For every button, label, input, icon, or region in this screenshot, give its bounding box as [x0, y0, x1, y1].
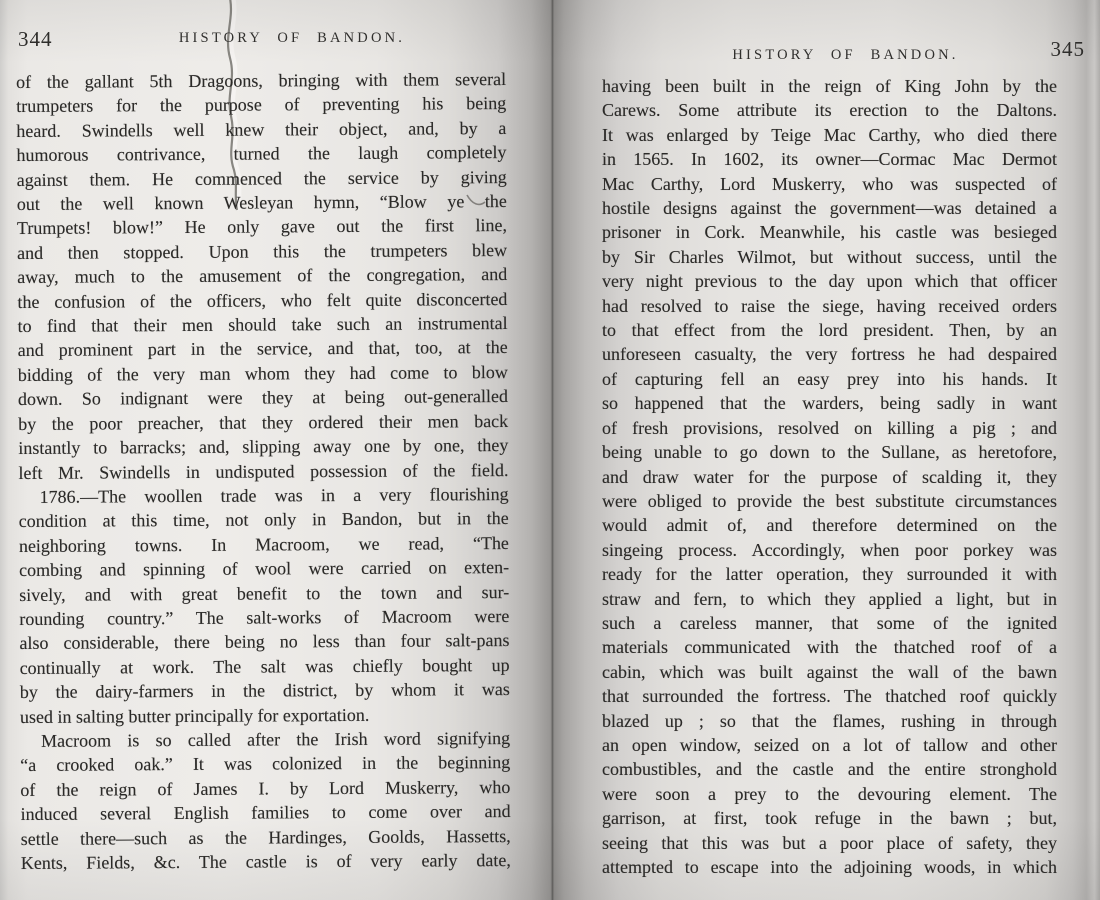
text-line: used in salting butter principally for e…: [20, 702, 510, 729]
text-line: and draw water for the purpose of scaldi…: [602, 465, 1057, 489]
text-line: settle there—such as the Hardinges, Gool…: [21, 824, 511, 851]
text-line: Carews. Some attribute its erection to t…: [602, 98, 1057, 122]
text-line: an open window, seized on a lot of tallo…: [602, 733, 1057, 757]
text-line: to find that their men should take such …: [17, 311, 507, 338]
text-line: singeing process. Accordingly, when poor…: [602, 538, 1057, 562]
text-line: such a careless manner, that some of the…: [602, 611, 1057, 635]
running-title-right: HISTORY OF BANDON.: [602, 47, 1089, 64]
text-line: Kents, Fields, &c. The castle is of very…: [21, 848, 511, 875]
text-line: condition at this time, not only in Band…: [19, 506, 509, 533]
text-line: heard. Swindells well knew their object,…: [16, 116, 506, 143]
text-line: would admit of, and therefore determined…: [602, 513, 1057, 537]
text-line: to that effect from the lord president. …: [602, 318, 1057, 342]
text-line: so happened that the warders, being sadl…: [602, 391, 1057, 415]
text-line: combing and spinning of wool were carrie…: [19, 555, 509, 582]
text-line: continually at work. The salt was chiefl…: [20, 653, 510, 680]
text-line: by the dairy-farmers in the district, by…: [20, 677, 510, 704]
right-page-header: HISTORY OF BANDON. 345: [602, 44, 1057, 74]
text-line: materials communicated with the thatched…: [602, 635, 1057, 659]
book-scan: 344 HISTORY OF BANDON. HISTORY OF BANDON…: [0, 0, 1100, 900]
text-line: trumpeters for the purpose of preventing…: [16, 91, 506, 118]
text-line: attempted to escape into the adjoining w…: [602, 855, 1057, 879]
text-line: the confusion of the officers, who felt …: [17, 287, 507, 314]
text-line: and prominent part in the service, and t…: [18, 335, 508, 362]
right-page-number: 345: [1051, 37, 1086, 62]
text-line: Macroom is so called after the Irish wor…: [20, 726, 510, 753]
running-title-left: HISTORY OF BANDON.: [16, 30, 568, 47]
left-page-header: 344 HISTORY OF BANDON.: [16, 27, 506, 57]
text-line: had resolved to raise the siege, having …: [602, 294, 1057, 318]
text-line: left Mr. Swindells in undisputed possess…: [18, 457, 508, 484]
text-line: neighboring towns. In Macroom, we read, …: [19, 531, 509, 558]
text-line: by the poor preacher, that they ordered …: [18, 409, 508, 436]
text-line: hostile designs against the government—w…: [602, 196, 1057, 220]
text-line: instantly to barracks; and, slipping awa…: [18, 433, 508, 460]
text-line: and then stopped. Upon this the trumpete…: [17, 238, 507, 265]
text-line: were soon a prey to the devouring elemen…: [602, 782, 1057, 806]
text-line: “a crooked oak.” It was colonized in the…: [20, 750, 510, 777]
text-line: It was enlarged by Teige Mac Carthy, who…: [602, 123, 1057, 147]
text-line: that surrounded the fortress. The thatch…: [602, 684, 1057, 708]
text-line: away, much to the amusement of the congr…: [17, 262, 507, 289]
text-line: of capturing fell an easy prey into his …: [602, 367, 1057, 391]
text-line: out the well known Wesleyan hymn, “Blow …: [17, 189, 507, 216]
text-line: down. So indignant were they at being ou…: [18, 384, 508, 411]
text-line: being unable to go down to the Sullane, …: [602, 440, 1057, 464]
text-line: bidding of the very man whom they had co…: [18, 360, 508, 387]
text-line: induced several English families to come…: [20, 799, 510, 826]
text-line: rounding country.” The salt-works of Mac…: [19, 604, 509, 631]
text-line: unforeseen casualty, the very fortress h…: [602, 342, 1057, 366]
text-line: against them. He commenced the service b…: [17, 165, 507, 192]
text-line: blazed up ; so that the flames, rushing …: [602, 709, 1057, 733]
right-page-text: having been built in the reign of King J…: [602, 74, 1057, 879]
text-line: prisoner in Cork. Meanwhile, his castle …: [602, 220, 1057, 244]
text-line: cabin, which was built against the wall …: [602, 660, 1057, 684]
text-line: in 1565. In 1602, its owner—Cormac Mac D…: [602, 147, 1057, 171]
text-line: also considerable, there being no less t…: [19, 628, 509, 655]
text-line: sively, and with great benefit to the to…: [19, 580, 509, 607]
book-gutter-shadow: [551, 0, 554, 900]
text-line: combustibles, and the castle and the ent…: [602, 757, 1057, 781]
text-line: were obliged to provide the best substit…: [602, 489, 1057, 513]
text-line: Mac Carthy, Lord Muskerry, who was suspe…: [602, 172, 1057, 196]
text-line: very night previous to the day upon whic…: [602, 269, 1057, 293]
text-line: of the gallant 5th Dragoons, bringing wi…: [16, 67, 506, 94]
text-line: by Sir Charles Wilmot, but without succe…: [602, 245, 1057, 269]
text-line: of fresh provisions, resolved on killing…: [602, 416, 1057, 440]
text-line: humorous contrivance, turned the laugh c…: [16, 140, 506, 167]
text-line: 1786.—The woollen trade was in a very fl…: [19, 482, 509, 509]
text-line: seeing that this was but a poor place of…: [602, 831, 1057, 855]
text-line: garrison, at first, took refuge in the b…: [602, 806, 1057, 830]
text-line: ready for the latter operation, they sur…: [602, 562, 1057, 586]
left-page-text: of the gallant 5th Dragoons, bringing wi…: [16, 67, 511, 875]
text-line: straw and fern, to which they applied a …: [602, 587, 1057, 611]
text-line: Trumpets! blow!” He only gave out the fi…: [17, 213, 507, 240]
text-line: of the reign of James I. by Lord Muskerr…: [20, 775, 510, 802]
text-line: having been built in the reign of King J…: [602, 74, 1057, 98]
